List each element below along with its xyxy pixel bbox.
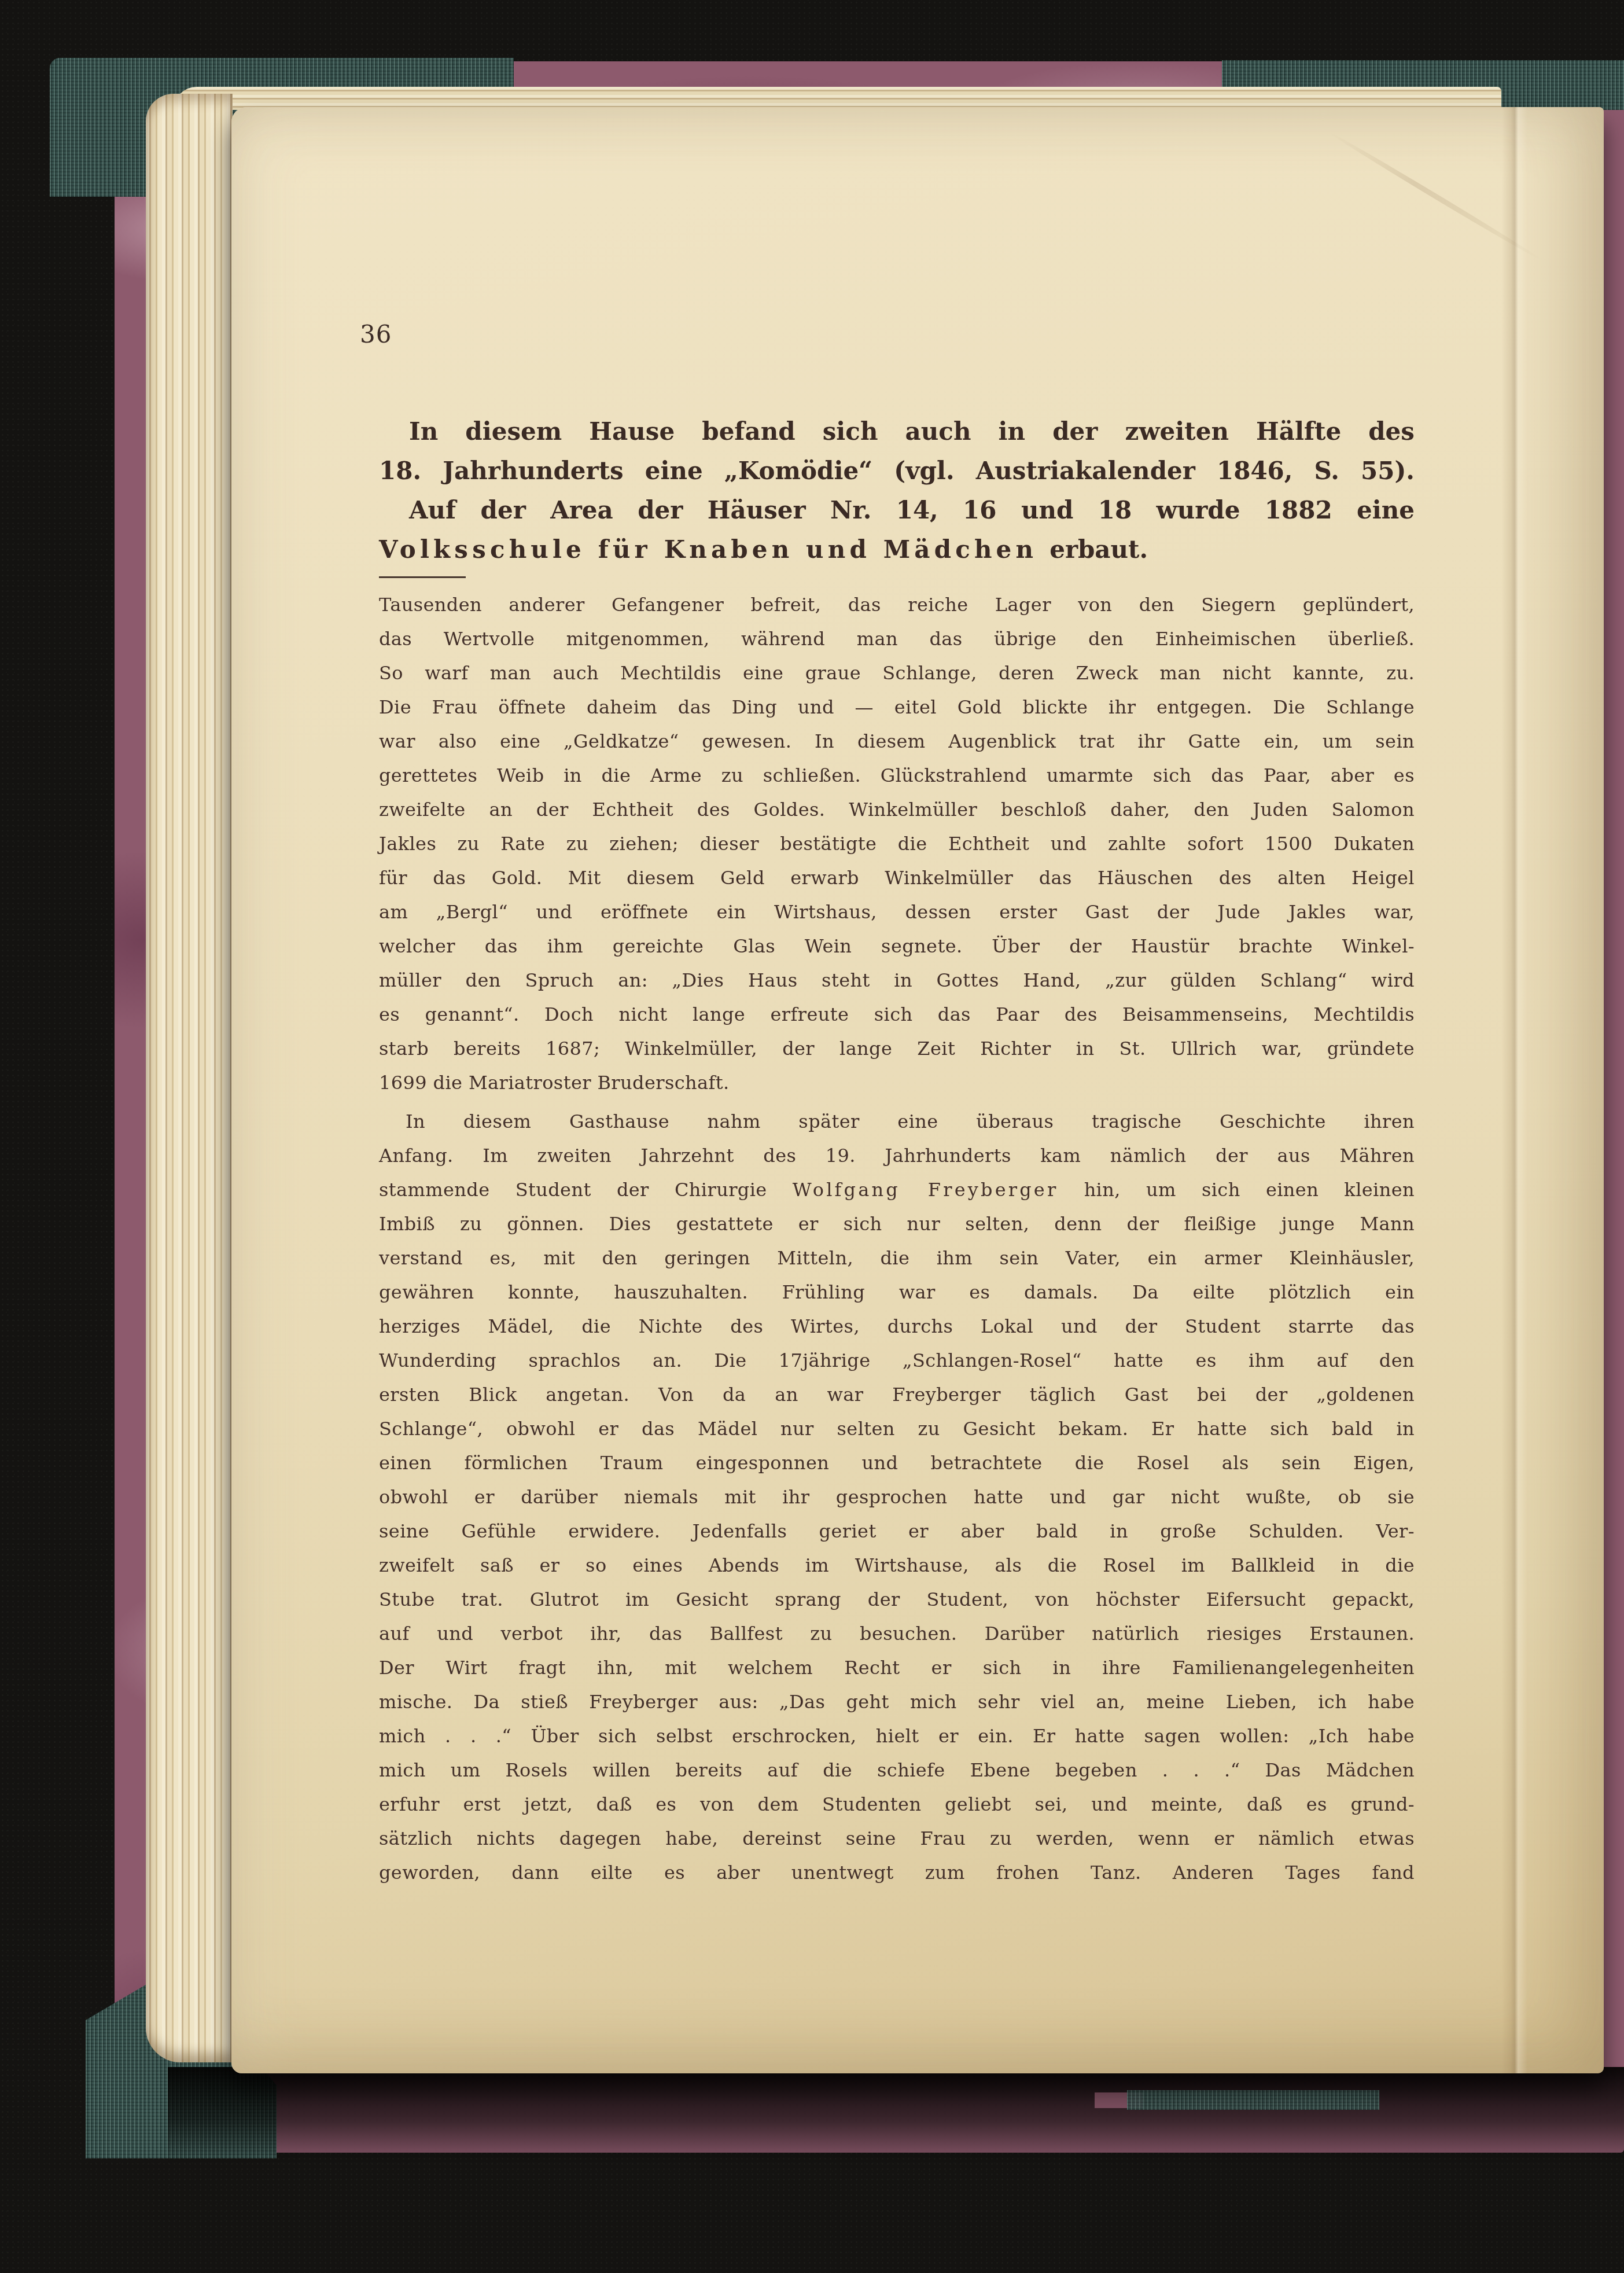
text-line: zweifelt saß er so eines Abends im Wirts… xyxy=(379,1549,1415,1583)
heading-line: 18. Jahrhunderts eine „Komödie“ (vgl. Au… xyxy=(379,451,1415,491)
text-line: Die Frau öffnete daheim das Ding und — e… xyxy=(379,690,1415,724)
text-line: mich um Rosels willen bereits auf die sc… xyxy=(379,1753,1415,1787)
body-paragraph-2: In diesem Gasthause nahm später eine übe… xyxy=(379,1105,1415,1173)
line-text: hin, um sich einen kleinen xyxy=(1058,1179,1415,1201)
text-line: Jakles zu Rate zu ziehen; dieser bestäti… xyxy=(379,827,1415,861)
heading-paragraph-2: Auf der Area der Häuser Nr. 14, 16 und 1… xyxy=(379,491,1415,569)
text-line: mische. Da stieß Freyberger aus: „Das ge… xyxy=(379,1685,1415,1719)
emphasized-letterspaced-text: Volksschule für Knaben und Mädchen xyxy=(379,535,1037,564)
text-line: 1699 die Mariatroster Bruderschaft. xyxy=(379,1066,1415,1100)
text-line: es genannt“. Doch nicht lange erfreute s… xyxy=(379,998,1415,1032)
text-line: müller den Spruch an: „Dies Haus steht i… xyxy=(379,963,1415,998)
text-line: gerettetes Weib in die Arme zu schließen… xyxy=(379,759,1415,793)
body-text: Tausenden anderer Gefangener befreit, da… xyxy=(379,588,1415,1890)
heading-line: In diesem Hause befand sich auch in der … xyxy=(379,412,1415,451)
person-name-letterspaced: Wolfgang Freyberger xyxy=(793,1179,1059,1201)
body-paragraph-1: Tausenden anderer Gefangener befreit, da… xyxy=(379,588,1415,1100)
heading-line: Auf der Area der Häuser Nr. 14, 16 und 1… xyxy=(379,491,1415,530)
text-line: verstand es, mit den geringen Mitteln, d… xyxy=(379,1241,1415,1275)
text-line: erfuhr erst jetzt, daß es von dem Studen… xyxy=(379,1787,1415,1822)
text-line: einen förmlichen Traum eingesponnen und … xyxy=(379,1446,1415,1480)
text-column: In diesem Hause befand sich auch in der … xyxy=(379,412,1415,1890)
text-line: welcher das ihm gereichte Glas Wein segn… xyxy=(379,929,1415,963)
footnote-separator-rule xyxy=(379,576,466,578)
page-stack-edges-left xyxy=(146,94,233,2062)
text-line: zweifelte an der Echtheit des Goldes. Wi… xyxy=(379,793,1415,827)
text-line: Stube trat. Glutrot im Gesicht sprang de… xyxy=(379,1583,1415,1617)
text-line: Imbiß zu gönnen. Dies gestattete er sich… xyxy=(379,1207,1415,1241)
text-line: gewähren konnte, hauszuhalten. Frühling … xyxy=(379,1275,1415,1310)
text-line: Tausenden anderer Gefangener befreit, da… xyxy=(379,588,1415,622)
page-number: 36 xyxy=(360,320,392,348)
text-line: für das Gold. Mit diesem Geld erwarb Win… xyxy=(379,861,1415,895)
text-line: sätzlich nichts dagegen habe, dereinst s… xyxy=(379,1822,1415,1856)
page-fold-crease xyxy=(1502,107,1527,2073)
heading-line-emphasized: Volksschule für Knaben und Mädchenerbaut… xyxy=(379,530,1415,569)
text-line: am „Bergl“ und eröffnete ein Wirtshaus, … xyxy=(379,895,1415,929)
text-line: So warf man auch Mechtildis eine graue S… xyxy=(379,656,1415,690)
text-line: In diesem Gasthause nahm später eine übe… xyxy=(379,1105,1415,1139)
cover-cloth-bottom-edge xyxy=(1127,2090,1379,2110)
line-text: stammende Student der Chirurgie xyxy=(379,1179,793,1201)
text-line: Der Wirt fragt ihn, mit welchem Recht er… xyxy=(379,1651,1415,1685)
text-line: ersten Blick angetan. Von da an war Frey… xyxy=(379,1378,1415,1412)
text-line: mich . . .“ Über sich selbst erschrocken… xyxy=(379,1719,1415,1753)
book-shadow xyxy=(168,2067,1624,2165)
text-line: Wunderding sprachlos an. Die 17jährige „… xyxy=(379,1344,1415,1378)
text-line: starb bereits 1687; Winkelmüller, der la… xyxy=(379,1032,1415,1066)
text-line: auf und verbot ihr, das Ballfest zu besu… xyxy=(379,1617,1415,1651)
page-stack-edges-top xyxy=(174,87,1501,110)
text-line: herziges Mädel, die Nichte des Wirtes, d… xyxy=(379,1310,1415,1344)
text-line: Anfang. Im zweiten Jahrzehnt des 19. Jah… xyxy=(379,1139,1415,1173)
text-line: obwohl er darüber niemals mit ihr gespro… xyxy=(379,1480,1415,1514)
text-line: das Wertvolle mitgenommen, während man d… xyxy=(379,622,1415,656)
heading-line-rest: erbaut. xyxy=(1049,535,1148,564)
text-line: war also eine „Geldkatze“ gewesen. In di… xyxy=(379,724,1415,759)
text-line: geworden, dann eilte es aber unentwegt z… xyxy=(379,1856,1415,1890)
body-line-with-letterspaced-name: stammende Student der Chirurgie Wolfgang… xyxy=(379,1173,1415,1207)
body-paragraph-2-continued: Imbiß zu gönnen. Dies gestattete er sich… xyxy=(379,1207,1415,1890)
book-page: 36 In diesem Hause befand sich auch in d… xyxy=(231,107,1604,2073)
heading-paragraph-1: In diesem Hause befand sich auch in der … xyxy=(379,412,1415,491)
text-line: seine Gefühle erwidere. Jedenfalls gerie… xyxy=(379,1514,1415,1549)
text-line: Schlange“, obwohl er das Mädel nur selte… xyxy=(379,1412,1415,1446)
photo-background: 36 In diesem Hause befand sich auch in d… xyxy=(0,0,1624,2273)
